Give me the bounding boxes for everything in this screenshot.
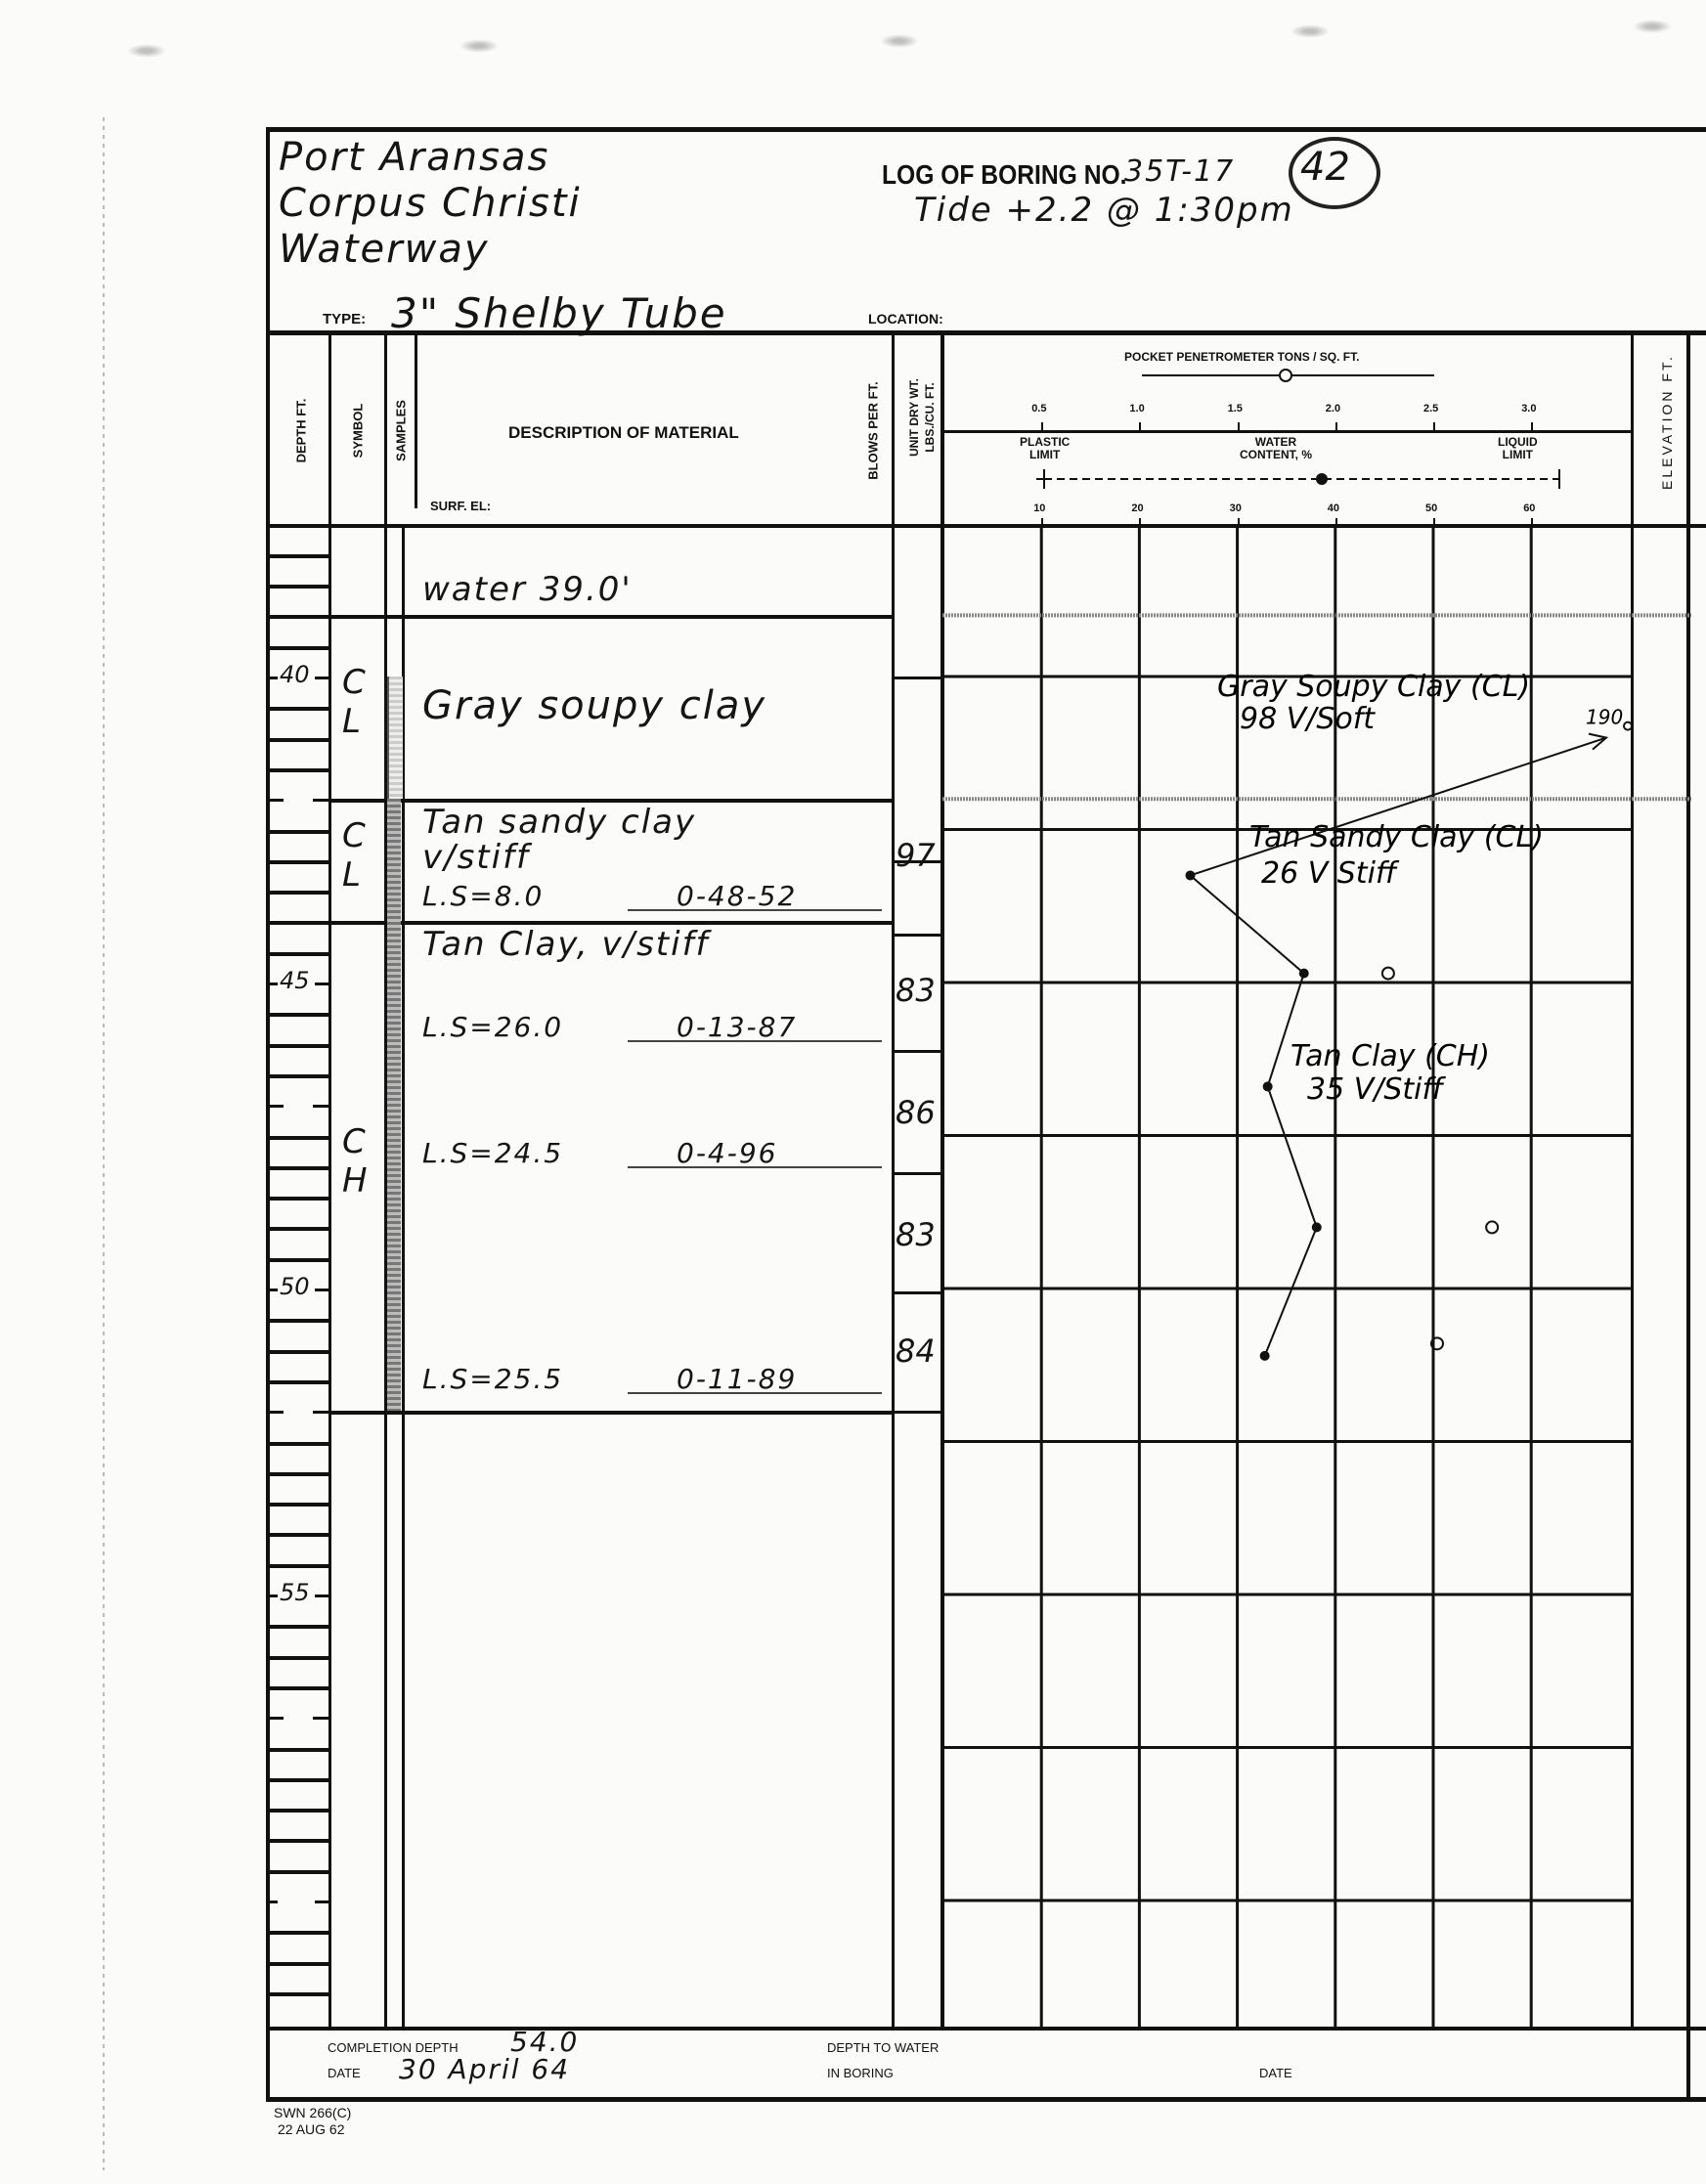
depth-tick bbox=[270, 1350, 328, 1354]
water-content-tick-label: 40 bbox=[1328, 502, 1339, 514]
water-content-chart: 190Gray Soupy Clay (CL)98 V/SoftTan Sand… bbox=[0, 0, 1706, 2184]
arrowhead-icon bbox=[1589, 734, 1606, 750]
unit-wt-row-line bbox=[893, 1291, 941, 1294]
soil-symbol: H bbox=[342, 1161, 368, 1201]
project-line-3: Waterway bbox=[279, 227, 490, 272]
depth-tick bbox=[270, 1656, 328, 1660]
depth-tick bbox=[315, 1594, 328, 1597]
depth-tick bbox=[270, 1870, 328, 1874]
depth-tick bbox=[270, 1778, 328, 1782]
depth-label: 55 bbox=[280, 1579, 310, 1606]
location-label: LOCATION: bbox=[868, 311, 943, 327]
depth-tick bbox=[270, 1289, 278, 1291]
depth-tick bbox=[270, 1717, 284, 1720]
water-content-point bbox=[1260, 1351, 1270, 1361]
form-id: SWN 266(C) bbox=[274, 2105, 351, 2120]
water-content-point bbox=[1186, 870, 1196, 880]
depth-tick bbox=[270, 1533, 328, 1537]
unit-wt-row-line bbox=[893, 860, 941, 863]
form-top-border bbox=[266, 127, 1706, 132]
water-content-point bbox=[1263, 1081, 1273, 1091]
water-content-tick-label: 20 bbox=[1131, 502, 1143, 514]
in-boring-label: IN BORING bbox=[827, 2066, 894, 2080]
water-content-point bbox=[1312, 1222, 1322, 1232]
off-scale-arrow bbox=[1191, 738, 1606, 876]
col-header-description: DESCRIPTION OF MATERIAL bbox=[508, 423, 739, 443]
lab-note-underline bbox=[628, 1040, 882, 1042]
lab-note-right: 0-13-87 bbox=[677, 1011, 797, 1043]
penetrometer-point bbox=[1486, 1221, 1498, 1233]
column-header-bottom bbox=[266, 524, 1706, 528]
depth-tick bbox=[270, 1748, 328, 1752]
layer-boundary bbox=[330, 615, 893, 619]
blows-col-divider bbox=[892, 332, 895, 2029]
date2-label: DATE bbox=[1259, 2066, 1292, 2080]
penetrometer-tick bbox=[1531, 422, 1533, 431]
depth-tick bbox=[313, 1105, 328, 1108]
depth-tick bbox=[270, 1013, 328, 1017]
penetrometer-tick bbox=[1433, 422, 1435, 431]
chart-annotation: Tan Clay (CH) bbox=[1290, 1039, 1490, 1073]
water-content-point bbox=[1299, 969, 1309, 979]
form-left-border bbox=[266, 127, 270, 2102]
depth-tick bbox=[315, 1289, 328, 1291]
scan-speck bbox=[127, 44, 166, 58]
boring-number: 35T-17 bbox=[1124, 154, 1235, 189]
water-content-tick bbox=[1433, 518, 1435, 526]
sample-bar-gray-clay bbox=[387, 677, 403, 799]
layer-description: v/stiff bbox=[422, 838, 530, 877]
penetrometer-tick bbox=[1041, 422, 1043, 431]
lab-note-left: L.S=24.5 bbox=[422, 1137, 563, 1169]
chart-annotation-sub: 26 V Stiff bbox=[1261, 856, 1400, 891]
depth-tick bbox=[315, 983, 328, 985]
type-label: TYPE: bbox=[323, 311, 366, 328]
water-content-tick bbox=[1335, 518, 1337, 526]
layer-description: Gray soupy clay bbox=[422, 683, 766, 728]
depth-tick bbox=[270, 830, 328, 834]
depth-tick bbox=[270, 891, 328, 895]
depth-tick bbox=[313, 799, 328, 802]
elevation-col-divider bbox=[1631, 332, 1634, 2029]
water-content-tick-label: 10 bbox=[1033, 502, 1045, 514]
depth-tick bbox=[270, 952, 328, 956]
lab-note-right: 0-48-52 bbox=[677, 880, 797, 912]
project-line-1: Port Aransas bbox=[279, 135, 549, 180]
depth-tick bbox=[270, 1166, 328, 1170]
depth-tick bbox=[270, 1319, 328, 1323]
col-header-elevation: ELEVATION FT. bbox=[1659, 372, 1675, 490]
depth-tick bbox=[313, 1411, 328, 1414]
penetrometer-tick bbox=[1139, 422, 1141, 431]
depth-label: 45 bbox=[280, 967, 310, 994]
col-header-unit-wt-1: UNIT DRY WT. bbox=[907, 364, 921, 471]
off-scale-label: 190 bbox=[1586, 706, 1623, 729]
lab-note-underline bbox=[628, 909, 882, 911]
depth-tick bbox=[270, 1442, 328, 1446]
water-content-tick bbox=[1041, 518, 1043, 526]
soil-symbol: L bbox=[342, 855, 361, 895]
lab-note-right: 0-11-89 bbox=[677, 1363, 797, 1395]
unit-dry-wt-value: 83 bbox=[896, 972, 936, 1009]
depth-tick bbox=[270, 1503, 328, 1507]
water-content-tick-label: 30 bbox=[1230, 502, 1242, 514]
depth-tick bbox=[270, 646, 328, 650]
sample-bar-shelby-tube bbox=[387, 799, 401, 1411]
depth-tick bbox=[270, 1411, 284, 1414]
depth-tick bbox=[270, 585, 328, 589]
penetrometer-header: POCKET PENETROMETER TONS / SQ. FT. bbox=[1124, 350, 1359, 364]
col-header-unit-wt-2: LBS./CU. FT. bbox=[923, 364, 937, 471]
depth-tick bbox=[315, 677, 328, 679]
water-content-tick bbox=[1531, 518, 1533, 526]
lab-note-left: L.S=26.0 bbox=[422, 1011, 563, 1043]
depth-to-water-label: DEPTH TO WATER bbox=[827, 2040, 939, 2055]
depth-tick bbox=[270, 1564, 328, 1568]
layer-boundary bbox=[330, 1411, 893, 1415]
depth-tick bbox=[270, 1962, 328, 1966]
depth-tick bbox=[270, 860, 328, 864]
tide-note: Tide +2.2 @ 1:30pm bbox=[914, 191, 1294, 230]
depth-label: 50 bbox=[280, 1273, 310, 1300]
depth-tick bbox=[270, 1900, 278, 1903]
unit-wt-row-line bbox=[893, 1411, 941, 1414]
depth-tick bbox=[270, 1044, 328, 1048]
col-header-blows: BLOWS PER FT. bbox=[866, 377, 881, 485]
soil-symbol: C bbox=[342, 663, 366, 702]
surf-el-label: SURF. EL: bbox=[430, 499, 491, 513]
depth-tick bbox=[270, 707, 328, 711]
depth-tick bbox=[270, 554, 328, 558]
unit-dry-wt-value: 83 bbox=[896, 1216, 936, 1253]
depth-tick bbox=[270, 615, 328, 619]
depth-col-divider bbox=[328, 332, 331, 2029]
footer-bottom-border bbox=[266, 2097, 1706, 2102]
depth-label: 40 bbox=[280, 661, 310, 688]
water-content-tick bbox=[1139, 518, 1141, 526]
penetrometer-tick-label: 3.0 bbox=[1521, 403, 1536, 415]
sheet-number: 42 bbox=[1300, 145, 1350, 190]
open-circle-legend-icon bbox=[1279, 369, 1292, 382]
soil-symbol: C bbox=[342, 816, 366, 855]
scan-speck bbox=[880, 34, 919, 48]
penetrometer-legend-line-right bbox=[1292, 374, 1434, 376]
scale-divider bbox=[942, 430, 1633, 433]
depth-tick bbox=[270, 1992, 328, 1996]
depth-tick bbox=[270, 677, 278, 679]
project-line-2: Corpus Christi bbox=[279, 181, 582, 226]
water-content-tick-label: 60 bbox=[1523, 502, 1535, 514]
depth-tick bbox=[270, 1105, 284, 1108]
col-header-samples: SAMPLES bbox=[394, 382, 409, 480]
penetrometer-tick-label: 1.5 bbox=[1228, 403, 1243, 415]
form-right-border bbox=[1686, 332, 1690, 2102]
date-label: DATE bbox=[328, 2066, 361, 2080]
layer-description: Tan sandy clay bbox=[422, 803, 696, 842]
water-content-label: WATERCONTENT, % bbox=[1240, 436, 1312, 461]
depth-tick bbox=[270, 799, 284, 802]
lab-note-underline bbox=[628, 1392, 882, 1394]
depth-tick bbox=[270, 1625, 328, 1629]
soil-symbol: L bbox=[342, 702, 361, 741]
unit-wt-row-line bbox=[893, 677, 941, 679]
penetrometer-point bbox=[1431, 1337, 1443, 1349]
unit-wt-row-line bbox=[893, 1050, 941, 1053]
chart-annotation-sub: 35 V/Stiff bbox=[1307, 1072, 1446, 1107]
chart-annotation-sub: 98 V/Soft bbox=[1240, 702, 1376, 736]
boring-log-sheet: Port Aransas Corpus Christi Waterway LOG… bbox=[0, 0, 1706, 2184]
col-header-symbol: SYMBOL bbox=[351, 382, 366, 480]
penetrometer-tick-label: 1.0 bbox=[1129, 403, 1144, 415]
depth-tick bbox=[270, 983, 278, 985]
penetrometer-tick bbox=[1238, 422, 1240, 431]
penetrometer-point bbox=[1382, 968, 1394, 980]
depth-tick bbox=[270, 1931, 328, 1935]
col-header-depth: DEPTH FT. bbox=[294, 382, 309, 480]
page-edge-shadow bbox=[103, 117, 105, 2170]
depth-tick bbox=[270, 1594, 278, 1597]
penetrometer-tick-label: 2.0 bbox=[1326, 403, 1340, 415]
footer-top-border bbox=[266, 2027, 1706, 2031]
log-of-boring-label: LOG OF BORING NO. bbox=[882, 159, 1127, 191]
scan-speck bbox=[1633, 20, 1672, 33]
penetrometer-tick bbox=[1335, 422, 1337, 431]
header-divider bbox=[266, 330, 1706, 335]
water-content-line bbox=[1191, 875, 1317, 1355]
liquid-limit-label: LIQUIDLIMIT bbox=[1498, 436, 1538, 461]
unit-wt-row-line bbox=[893, 1172, 941, 1175]
soil-symbol: C bbox=[342, 1122, 366, 1161]
layer-description: water 39.0' bbox=[422, 570, 633, 609]
lab-note-underline bbox=[628, 1166, 882, 1168]
atterberg-legend-line bbox=[1036, 467, 1574, 491]
depth-tick bbox=[270, 738, 328, 742]
lab-note-right: 0-4-96 bbox=[677, 1137, 777, 1169]
penetrometer-legend-line-left bbox=[1142, 374, 1279, 376]
form-date: 22 AUG 62 bbox=[278, 2121, 345, 2137]
penetrometer-tick-label: 0.5 bbox=[1031, 403, 1046, 415]
depth-tick bbox=[313, 1717, 328, 1720]
water-content-tick bbox=[1238, 518, 1240, 526]
depth-tick bbox=[270, 1686, 328, 1690]
depth-tick bbox=[270, 1839, 328, 1843]
samples-col-divider-top bbox=[415, 332, 417, 508]
depth-tick bbox=[270, 1472, 328, 1476]
chart-annotation: Gray Soupy Clay (CL) bbox=[1217, 670, 1530, 704]
depth-tick bbox=[315, 1900, 328, 1903]
unit-dry-wt-value: 97 bbox=[896, 837, 936, 874]
depth-tick bbox=[270, 1074, 328, 1078]
chart-annotation: Tan Sandy Clay (CL) bbox=[1249, 820, 1544, 854]
scan-speck bbox=[1290, 24, 1330, 38]
unit-dry-wt-value: 86 bbox=[896, 1094, 936, 1131]
date-value: 30 April 64 bbox=[399, 2053, 570, 2085]
depth-tick bbox=[270, 1136, 328, 1140]
penetrometer-tick-label: 2.5 bbox=[1423, 403, 1438, 415]
unit-wt-row-line bbox=[893, 934, 941, 937]
plastic-limit-label: PLASTICLIMIT bbox=[1020, 436, 1070, 461]
depth-tick bbox=[270, 1227, 328, 1231]
depth-tick bbox=[270, 1258, 328, 1262]
unit-dry-wt-value: 84 bbox=[896, 1332, 936, 1370]
water-content-tick-label: 50 bbox=[1425, 502, 1437, 514]
depth-tick bbox=[270, 1809, 328, 1813]
depth-tick bbox=[270, 1380, 328, 1384]
unit-wt-col-divider bbox=[940, 332, 944, 2029]
depth-tick bbox=[270, 921, 328, 925]
lab-note-left: L.S=8.0 bbox=[422, 880, 544, 912]
scan-speck bbox=[459, 39, 499, 53]
depth-tick bbox=[270, 768, 328, 772]
lab-note-left: L.S=25.5 bbox=[422, 1363, 563, 1395]
layer-description: Tan Clay, v/stiff bbox=[422, 925, 710, 964]
depth-tick bbox=[270, 1197, 328, 1201]
